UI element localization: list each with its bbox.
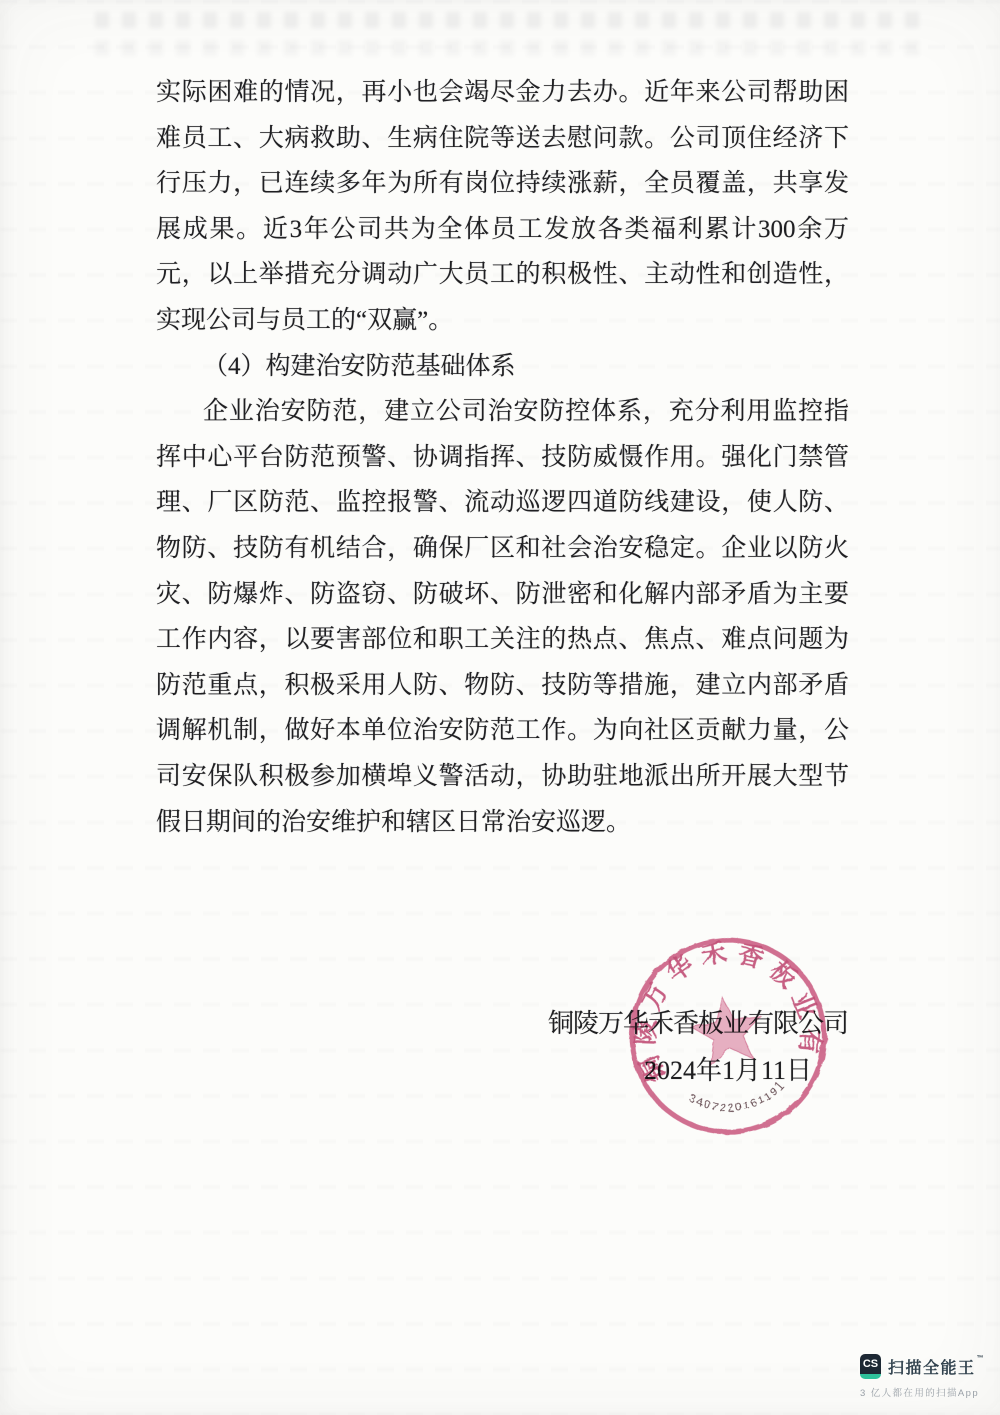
- watermark-subtitle: 3 亿人都在用的扫描App: [860, 1385, 986, 1399]
- text-line: 假日期间的治安维护和辖区日常治安巡逻。: [156, 800, 849, 846]
- star-icon: [687, 991, 766, 1067]
- ghost-text-band: [95, 12, 930, 28]
- scanned-document-page: 实际困难的情况，再小也会竭尽金力去办。近年来公司帮助困难员工、大病救助、生病住院…: [0, 0, 1000, 1415]
- company-seal: 铜陵万华禾香板业有限公司 3407220161191: [611, 919, 844, 1152]
- text-line: 防范重点，积极采用人防、物防、技防等措施，建立内部矛盾: [156, 663, 849, 709]
- text-line: 灾、防爆炸、防盗窃、防破坏、防泄密和化解内部矛盾为主要: [156, 572, 849, 618]
- text-line: 调解机制，做好本单位治安防范工作。为向社区贡献力量，公: [156, 708, 849, 754]
- text-line: 展成果。近3年公司共为全体员工发放各类福利累计300余万: [156, 207, 849, 253]
- text-line: 理、厂区防范、监控报警、流动巡逻四道防线建设，使人防、: [156, 480, 849, 526]
- watermark-title-text: 扫描全能王: [888, 1360, 976, 1377]
- text-line: 司安保队积极参加横埠义警活动，协助驻地派出所开展大型节: [156, 754, 849, 800]
- text-line: （4）构建治安防范基础体系: [156, 344, 849, 390]
- text-line: 实际困难的情况，再小也会竭尽金力去办。近年来公司帮助困: [156, 70, 849, 116]
- text-line: 元，以上举措充分调动广大员工的积极性、主动性和创造性，: [156, 252, 849, 298]
- camscanner-logo-icon: CS: [860, 1354, 881, 1379]
- text-line: 企业治安防范，建立公司治安防控体系，充分利用监控指: [156, 389, 849, 435]
- text-line: 行压力，已连续多年为所有岗位持续涨薪，全员覆盖，共享发: [156, 161, 849, 207]
- seal-registration-number: 3407220161191: [685, 1078, 790, 1122]
- text-line: 工作内容，以要害部位和职工关注的热点、焦点、难点问题为: [156, 617, 849, 663]
- text-line: 难员工、大病救助、生病住院等送去慰问款。公司顶住经济下: [156, 116, 849, 162]
- text-line: 实现公司与员工的“双赢”。: [156, 298, 849, 344]
- ghost-text-band: [95, 40, 930, 56]
- text-line: 物防、技防有机结合，确保厂区和社会治安稳定。企业以防火: [156, 526, 849, 572]
- camscanner-watermark: CS 扫描全能王™ 3 亿人都在用的扫描App: [860, 1354, 986, 1399]
- watermark-title: 扫描全能王™: [888, 1355, 985, 1378]
- svg-text:3407220161191: 3407220161191: [685, 1078, 790, 1122]
- text-block: 实际困难的情况，再小也会竭尽金力去办。近年来公司帮助困难员工、大病救助、生病住院…: [156, 70, 849, 845]
- trademark-symbol: ™: [977, 1355, 986, 1362]
- text-line: 挥中心平台防范预警、协调指挥、技防威慑作用。强化门禁管: [156, 435, 849, 481]
